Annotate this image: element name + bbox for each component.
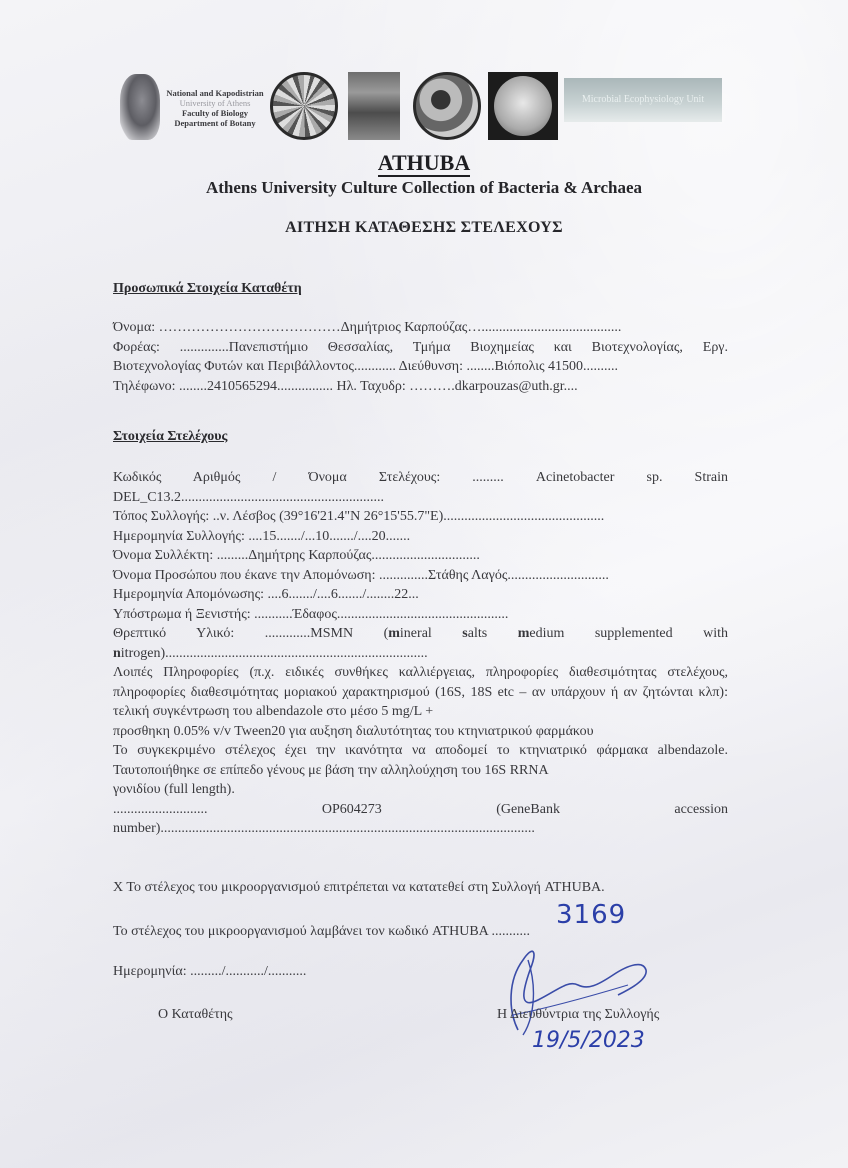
athena-head-icon xyxy=(120,74,160,140)
substrate-field: Υπόστρωμα ή Ξενιστής: ...........Έδαφος.… xyxy=(113,605,728,625)
athuba-code-handwritten: 3169 xyxy=(556,900,626,930)
application-form-page: National and Kapodistrian University of … xyxy=(0,0,848,1168)
signed-date-handwritten: 19/5/2023 xyxy=(532,1028,645,1053)
collector-name-field: Όνομα Συλλέκτη: .........Δημήτρης Καρπού… xyxy=(113,546,728,566)
strain-description-continued: γονιδίου (full length). xyxy=(113,780,728,800)
depositor-organization-field: Φορέας: ..............Πανεπιστήμιο Θεσσα… xyxy=(113,338,728,358)
accession-continued: number).................................… xyxy=(113,819,728,839)
director-signature-icon xyxy=(478,940,678,1040)
strain-details: Κωδικός Αριθμός / Όνομα Στελέχους: .....… xyxy=(113,468,728,839)
collection-date-field: Ημερομηνία Συλλογής: ....15......./...10… xyxy=(113,527,728,547)
depositor-name-field: Όνομα: …………………………………Δημήτριος Καρπούζας…… xyxy=(113,318,728,338)
athuba-code-line: Το στέλεχος του μικροοργανισμού λαμβάνει… xyxy=(113,922,728,942)
colony-dish-image xyxy=(413,72,481,140)
strain-code-continued: DEL_C13.2...............................… xyxy=(113,488,728,508)
depositor-details: Όνομα: …………………………………Δημήτριος Καρπούζας…… xyxy=(113,318,728,396)
depositor-contact-field: Τηλέφωνο: ........2410565294............… xyxy=(113,377,728,397)
form-title: ΑΙΤΗΣΗ ΚΑΤΑΘΕΣΗΣ ΣΤΕΛΕΧΟΥΣ xyxy=(0,219,848,237)
depositor-signature-label: Ο Καταθέτης xyxy=(158,1007,233,1023)
university-name: National and Kapodistrian University of … xyxy=(160,88,270,128)
permission-statement: Χ Το στέλεχος του μικροοργανισμού επιτρέ… xyxy=(113,878,728,898)
strain-code-field: Κωδικός Αριθμός / Όνομα Στελέχους: .....… xyxy=(113,468,728,488)
unit-banner: Microbial Ecophysiology Unit xyxy=(564,78,722,122)
petri-dish-image xyxy=(270,72,338,140)
depositor-section-heading: Προσωπικά Στοιχεία Καταθέτη xyxy=(113,281,302,297)
lab-photo-image xyxy=(348,72,400,140)
director-signature-label: Η Διευθύντρια της Συλλογής xyxy=(497,1007,659,1023)
collection-acronym: ATHUBA xyxy=(0,150,848,176)
collection-location-field: Τόπος Συλλογής: ..ν. Λέσβος (39°16'21.4"… xyxy=(113,507,728,527)
growth-medium-field: Θρεπτικό Υλικό: .............MSMN (miner… xyxy=(113,624,728,644)
growth-medium-continued: nitrogen)...............................… xyxy=(113,644,728,664)
isolation-date-field: Ημερομηνία Απομόνωσης: ....6......./....… xyxy=(113,585,728,605)
strain-section-heading: Στοιχεία Στελέχους xyxy=(113,429,227,445)
other-info-continued: προσθηκη 0.05% v/v Tween20 για αυξηση δι… xyxy=(113,722,728,742)
strain-description: Το συγκεκριμένο στέλεχος έχει την ικανότ… xyxy=(113,741,728,780)
accession-field: ........................... OP604273 (Ge… xyxy=(113,800,728,820)
isolator-name-field: Όνομα Προσώπου που έκανε την Απομόνωση: … xyxy=(113,566,728,586)
depositor-address-field: Βιοτεχνολογίας Φυτών και Περιβάλλοντος..… xyxy=(113,357,728,377)
microscope-image xyxy=(488,72,558,140)
university-logo: National and Kapodistrian University of … xyxy=(118,70,268,142)
collection-name: Athens University Culture Collection of … xyxy=(0,178,848,198)
other-info-field: Λοιπές Πληροφορίες (π.χ. ειδικές συνθήκε… xyxy=(113,663,728,722)
